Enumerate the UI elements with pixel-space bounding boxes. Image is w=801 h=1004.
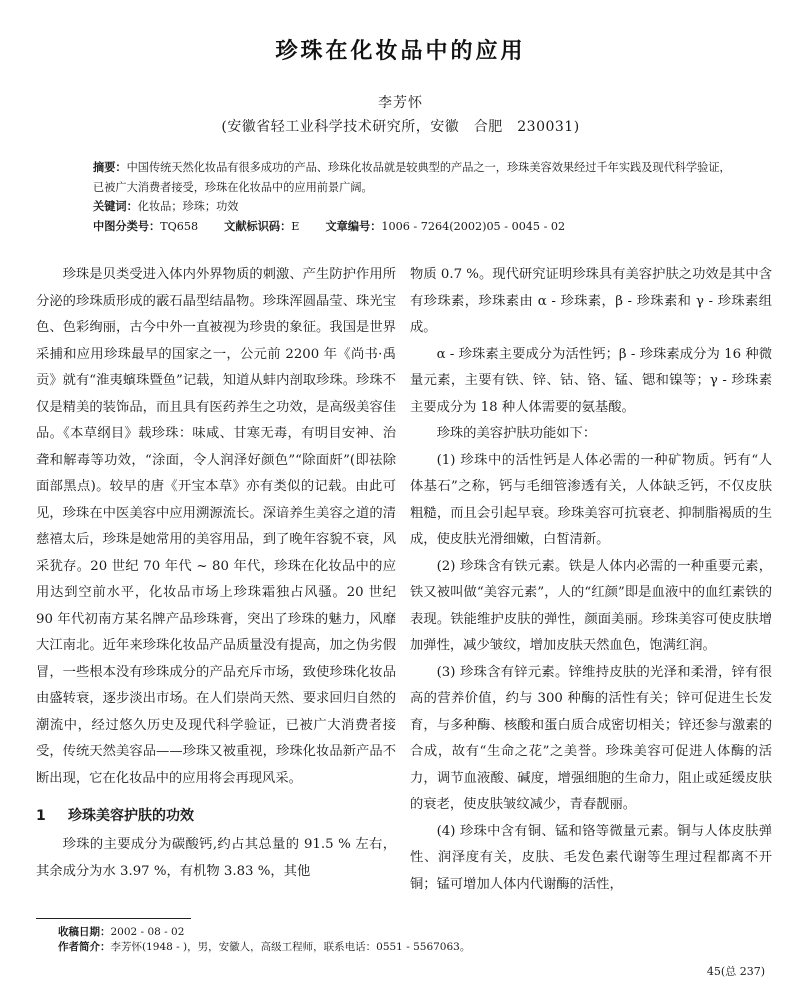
- paragraph-item-2: (2) 珍珠含有铁元素。铁是人体内必需的一种重要元素，铁又被叫做“美容元素”，人…: [410, 554, 772, 660]
- left-column: 珍珠是贝类受进入体内外界物质的刺激、产生防护作用所分泌的珍珠质形成的霰石晶型结晶…: [36, 262, 396, 885]
- author-bio: 作者简介：李芳怀(1948 - )，男，安徽人，高级工程师，联系电话：0551 …: [58, 940, 470, 955]
- section-title: 珍珠美容护肤的功效: [68, 808, 194, 824]
- footnote-divider: [36, 918, 191, 919]
- article-no-label: 文章编号：: [325, 220, 381, 233]
- paper-title: 珍珠在化妆品中的应用: [0, 34, 801, 65]
- footnote: 收稿日期：2002 - 08 - 02 作者简介：李芳怀(1948 - )，男，…: [58, 925, 470, 955]
- section-heading: 1珍珠美容护肤的功效: [36, 804, 396, 828]
- doccode-value: E: [291, 220, 299, 233]
- section-number: 1: [36, 804, 68, 828]
- received-value: 2002 - 08 - 02: [111, 926, 185, 938]
- paragraph-continued: 物质 0.7 %。现代研究证明珍珠具有美容护肤之功效是其中含有珍珠素，珍珠素由 …: [410, 262, 772, 342]
- composition-paragraph: 珍珠的主要成分为碳酸钙,约占其总量的 91.5 % 左右，其余成分为水 3.97…: [36, 832, 396, 885]
- received-date: 收稿日期：2002 - 08 - 02: [58, 925, 470, 940]
- received-label: 收稿日期：: [58, 926, 111, 938]
- keywords-label: 关键词：: [93, 200, 138, 213]
- paragraph-item-4: (4) 珍珠中含有铜、锰和铬等微量元素。铜与人体皮肤弹性、润泽度有关，皮肤、毛发…: [410, 819, 772, 899]
- right-column: 物质 0.7 %。现代研究证明珍珠具有美容护肤之功效是其中含有珍珠素，珍珠素由 …: [410, 262, 772, 898]
- paragraph-pearl-components: α - 珍珠素主要成分为活性钙；β - 珍珠素成分为 16 种微量元素，主要有铁…: [410, 342, 772, 422]
- author-affiliation: (安徽省轻工业科学技术研究所，安徽 合肥 230031): [0, 116, 801, 136]
- bio-value: 李芳怀(1948 - )，男，安徽人，高级工程师，联系电话：0551 - 556…: [111, 941, 471, 953]
- paragraph-functions-intro: 珍珠的美容护肤功能如下：: [410, 421, 772, 448]
- keywords-text: 化妆品；珍珠；功效: [138, 200, 239, 213]
- abstract-text: 中国传统天然化妆品有很多成功的产品、珍珠化妆品就是较典型的产品之一，珍珠美容效果…: [93, 161, 731, 194]
- article-meta: 摘要：中国传统天然化妆品有很多成功的产品、珍珠化妆品就是较典型的产品之一，珍珠美…: [93, 158, 733, 236]
- paragraph-item-3: (3) 珍珠含有锌元素。锌维持皮肤的光泽和柔滑，锌有很高的营养价值，约与 300…: [410, 660, 772, 819]
- classification-line: 中图分类号：TQ658文献标识码：E文章编号：1006 - 7264(2002)…: [93, 217, 733, 237]
- intro-paragraph: 珍珠是贝类受进入体内外界物质的刺激、产生防护作用所分泌的珍珠质形成的霰石晶型结晶…: [36, 262, 396, 792]
- doccode-label: 文献标识码：: [224, 220, 291, 233]
- page-number: 45(总 237): [707, 963, 765, 979]
- author-name: 李芳怀: [0, 92, 801, 112]
- clc-label: 中图分类号：: [93, 220, 160, 233]
- clc-value: TQ658: [160, 220, 198, 233]
- abstract-label: 摘要：: [93, 161, 127, 174]
- keywords: 关键词：化妆品；珍珠；功效: [93, 197, 733, 217]
- bio-label: 作者简介：: [58, 941, 111, 953]
- article-no-value: 1006 - 7264(2002)05 - 0045 - 02: [381, 220, 565, 233]
- abstract: 摘要：中国传统天然化妆品有很多成功的产品、珍珠化妆品就是较典型的产品之一，珍珠美…: [93, 158, 733, 197]
- paragraph-item-1: (1) 珍珠中的活性钙是人体必需的一种矿物质。钙有“人体基石”之称，钙与毛细管渗…: [410, 448, 772, 554]
